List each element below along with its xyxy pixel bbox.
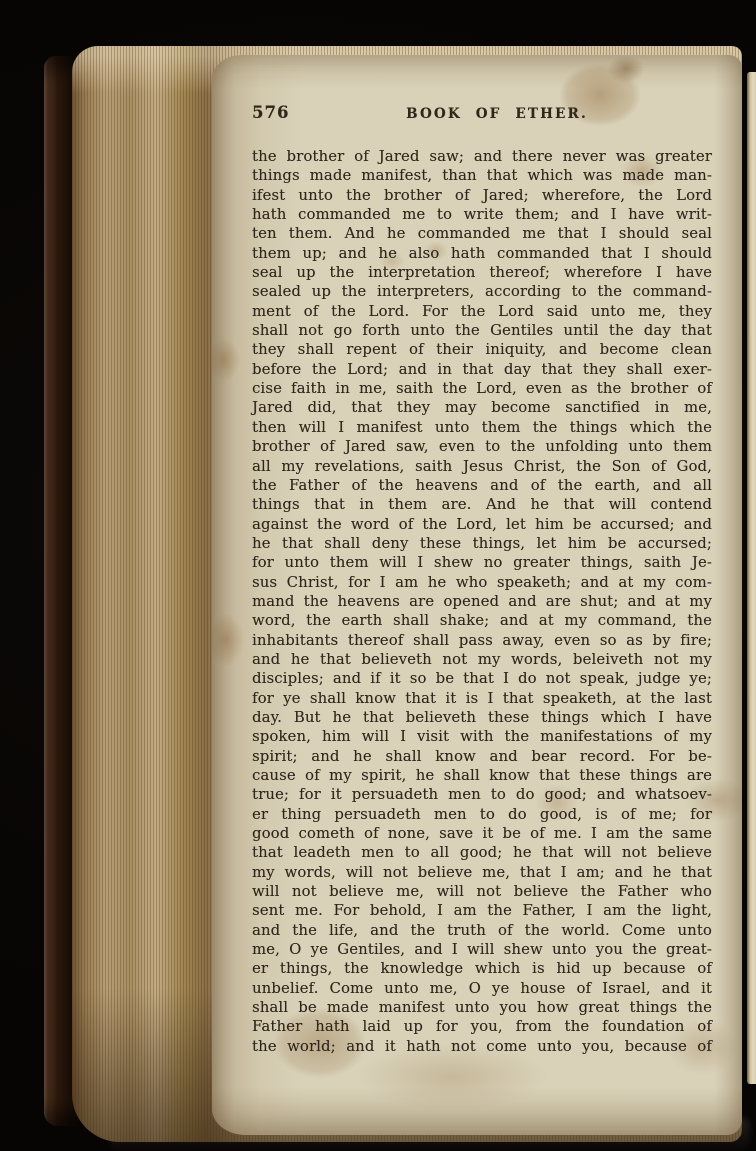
- text-line: brother of Jared saw, even to the unfold…: [252, 437, 712, 456]
- text-line: the Father of the heavens and of the ear…: [252, 476, 712, 495]
- text-line: word, the earth shall shake; and at my c…: [252, 611, 712, 630]
- text-line: er things, the knowledge which is hid up…: [252, 959, 712, 978]
- text-line: for unto them will I shew no greater thi…: [252, 553, 712, 572]
- text-line: seal up the interpretation thereof; wher…: [252, 263, 712, 282]
- text-line: day. But he that believeth these things …: [252, 708, 712, 727]
- text-line: good cometh of none, save it be of me. I…: [252, 824, 712, 843]
- text-line: true; for it persuadeth men to do good; …: [252, 785, 712, 804]
- text-line: me, O ye Gentiles, and I will shew unto …: [252, 940, 712, 959]
- text-line: unbelief. Come unto me, O ye house of Is…: [252, 979, 712, 998]
- text-line: cause of my spirit, he shall know that t…: [252, 766, 712, 785]
- text-line: he that shall deny these things, let him…: [252, 534, 712, 553]
- text-line: Father hath laid up for you, from the fo…: [252, 1017, 712, 1036]
- text-line: mand the heavens are opened and are shut…: [252, 592, 712, 611]
- text-line: before the Lord; and in that day that th…: [252, 360, 712, 379]
- text-line: ment of the Lord. For the Lord said unto…: [252, 302, 712, 321]
- text-line: sealed up the interpreters, according to…: [252, 282, 712, 301]
- text-line: and he that believeth not my words, bele…: [252, 650, 712, 669]
- text-line: will not believe me, will not believe th…: [252, 882, 712, 901]
- text-line: the world; and it hath not come unto you…: [252, 1037, 712, 1056]
- text-line: shall be made manifest unto you how grea…: [252, 998, 712, 1017]
- text-line: then will I manifest unto them the thing…: [252, 418, 712, 437]
- book-photograph: 576 BOOK OF ETHER. the brother of Jared …: [0, 0, 756, 1151]
- text-line: for ye shall know that it is I that spea…: [252, 689, 712, 708]
- text-line: sus Christ, for I am he who speaketh; an…: [252, 573, 712, 592]
- text-line: disciples; and if it so be that I do not…: [252, 669, 712, 688]
- text-line: shall not go forth unto the Gentiles unt…: [252, 321, 712, 340]
- text-line: hath commanded me to write them; and I h…: [252, 205, 712, 224]
- text-line: the brother of Jared saw; and there neve…: [252, 147, 712, 166]
- text-line: them up; and he also hath commanded that…: [252, 244, 712, 263]
- text-line: Jared did, that they may become sanctifi…: [252, 398, 712, 417]
- book-page: 576 BOOK OF ETHER. the brother of Jared …: [212, 55, 742, 1135]
- text-line: er thing persuadeth men to do good, is o…: [252, 805, 712, 824]
- running-header: BOOK OF ETHER.: [267, 106, 727, 122]
- text-line: spoken, him will I visit with the manife…: [252, 727, 712, 746]
- text-line: inhabitants thereof shall pass away, eve…: [252, 631, 712, 650]
- text-line: spirit; and he shall know and bear recor…: [252, 747, 712, 766]
- text-line: my words, will not believe me, that I am…: [252, 863, 712, 882]
- text-line: they shall repent of their iniquity, and…: [252, 340, 712, 359]
- text-line: ifest unto the brother of Jared; wherefo…: [252, 186, 712, 205]
- text-line: ten them. And he commanded me that I sho…: [252, 224, 712, 243]
- text-line: cise faith in me, saith the Lord, even a…: [252, 379, 712, 398]
- page-body-text: the brother of Jared saw; and there neve…: [252, 147, 712, 1056]
- text-line: things that in them are. And he that wil…: [252, 495, 712, 514]
- text-line: things made manifest, than that which wa…: [252, 166, 712, 185]
- text-line: that leadeth men to all good; he that wi…: [252, 843, 712, 862]
- text-line: against the word of the Lord, let him be…: [252, 515, 712, 534]
- facing-page-sliver: [747, 72, 756, 1084]
- text-line: and the life, and the truth of the world…: [252, 921, 712, 940]
- text-line: all my revelations, saith Jesus Christ, …: [252, 457, 712, 476]
- text-line: sent me. For behold, I am the Father, I …: [252, 901, 712, 920]
